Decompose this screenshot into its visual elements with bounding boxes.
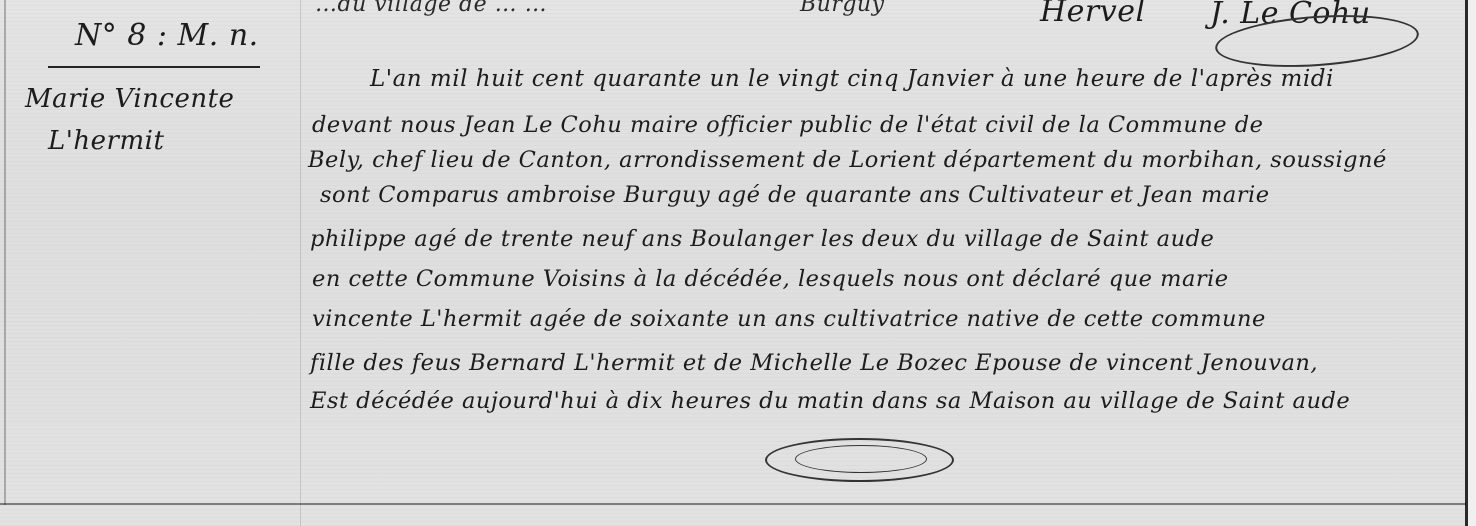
previous-act-fragment: …du village de … … bbox=[315, 0, 547, 17]
deceased-first-names: Marie Vincente bbox=[25, 84, 234, 114]
scanned-register-page: …du village de … … Burguy Hervel J. Le C… bbox=[0, 0, 1476, 526]
body-line-5: philippe agé de trente neuf ans Boulange… bbox=[310, 226, 1214, 252]
body-line-3: Bely, chef lieu de Canton, arrondissemen… bbox=[308, 147, 1387, 173]
closing-flourish-inner bbox=[795, 445, 927, 473]
body-line-6: en cette Commune Voisins à la décédée, l… bbox=[312, 266, 1229, 292]
body-line-1: L'an mil huit cent quarante un le vingt … bbox=[370, 66, 1334, 92]
margin-ruling bbox=[300, 0, 301, 526]
page-bottom-fold bbox=[0, 503, 1466, 505]
margin-rule bbox=[48, 66, 260, 68]
page-outer-strip bbox=[1468, 0, 1476, 526]
signature-hervel: Hervel bbox=[1040, 0, 1146, 29]
page-left-edge bbox=[4, 0, 6, 505]
body-line-2: devant nous Jean Le Cohu maire officier … bbox=[312, 112, 1264, 138]
deceased-surname: L'hermit bbox=[48, 126, 164, 156]
act-number: N° 8 : M. n. bbox=[75, 18, 259, 53]
body-line-9: Est décédée aujourd'hui à dix heures du … bbox=[310, 388, 1350, 414]
body-line-4: sont Comparus ambroise Burguy agé de qua… bbox=[320, 182, 1270, 208]
body-line-8: fille des feus Bernard L'hermit et de Mi… bbox=[310, 350, 1318, 376]
body-line-7: vincente L'hermit agée de soixante un an… bbox=[312, 306, 1266, 332]
previous-act-signature-burguy: Burguy bbox=[800, 0, 885, 17]
